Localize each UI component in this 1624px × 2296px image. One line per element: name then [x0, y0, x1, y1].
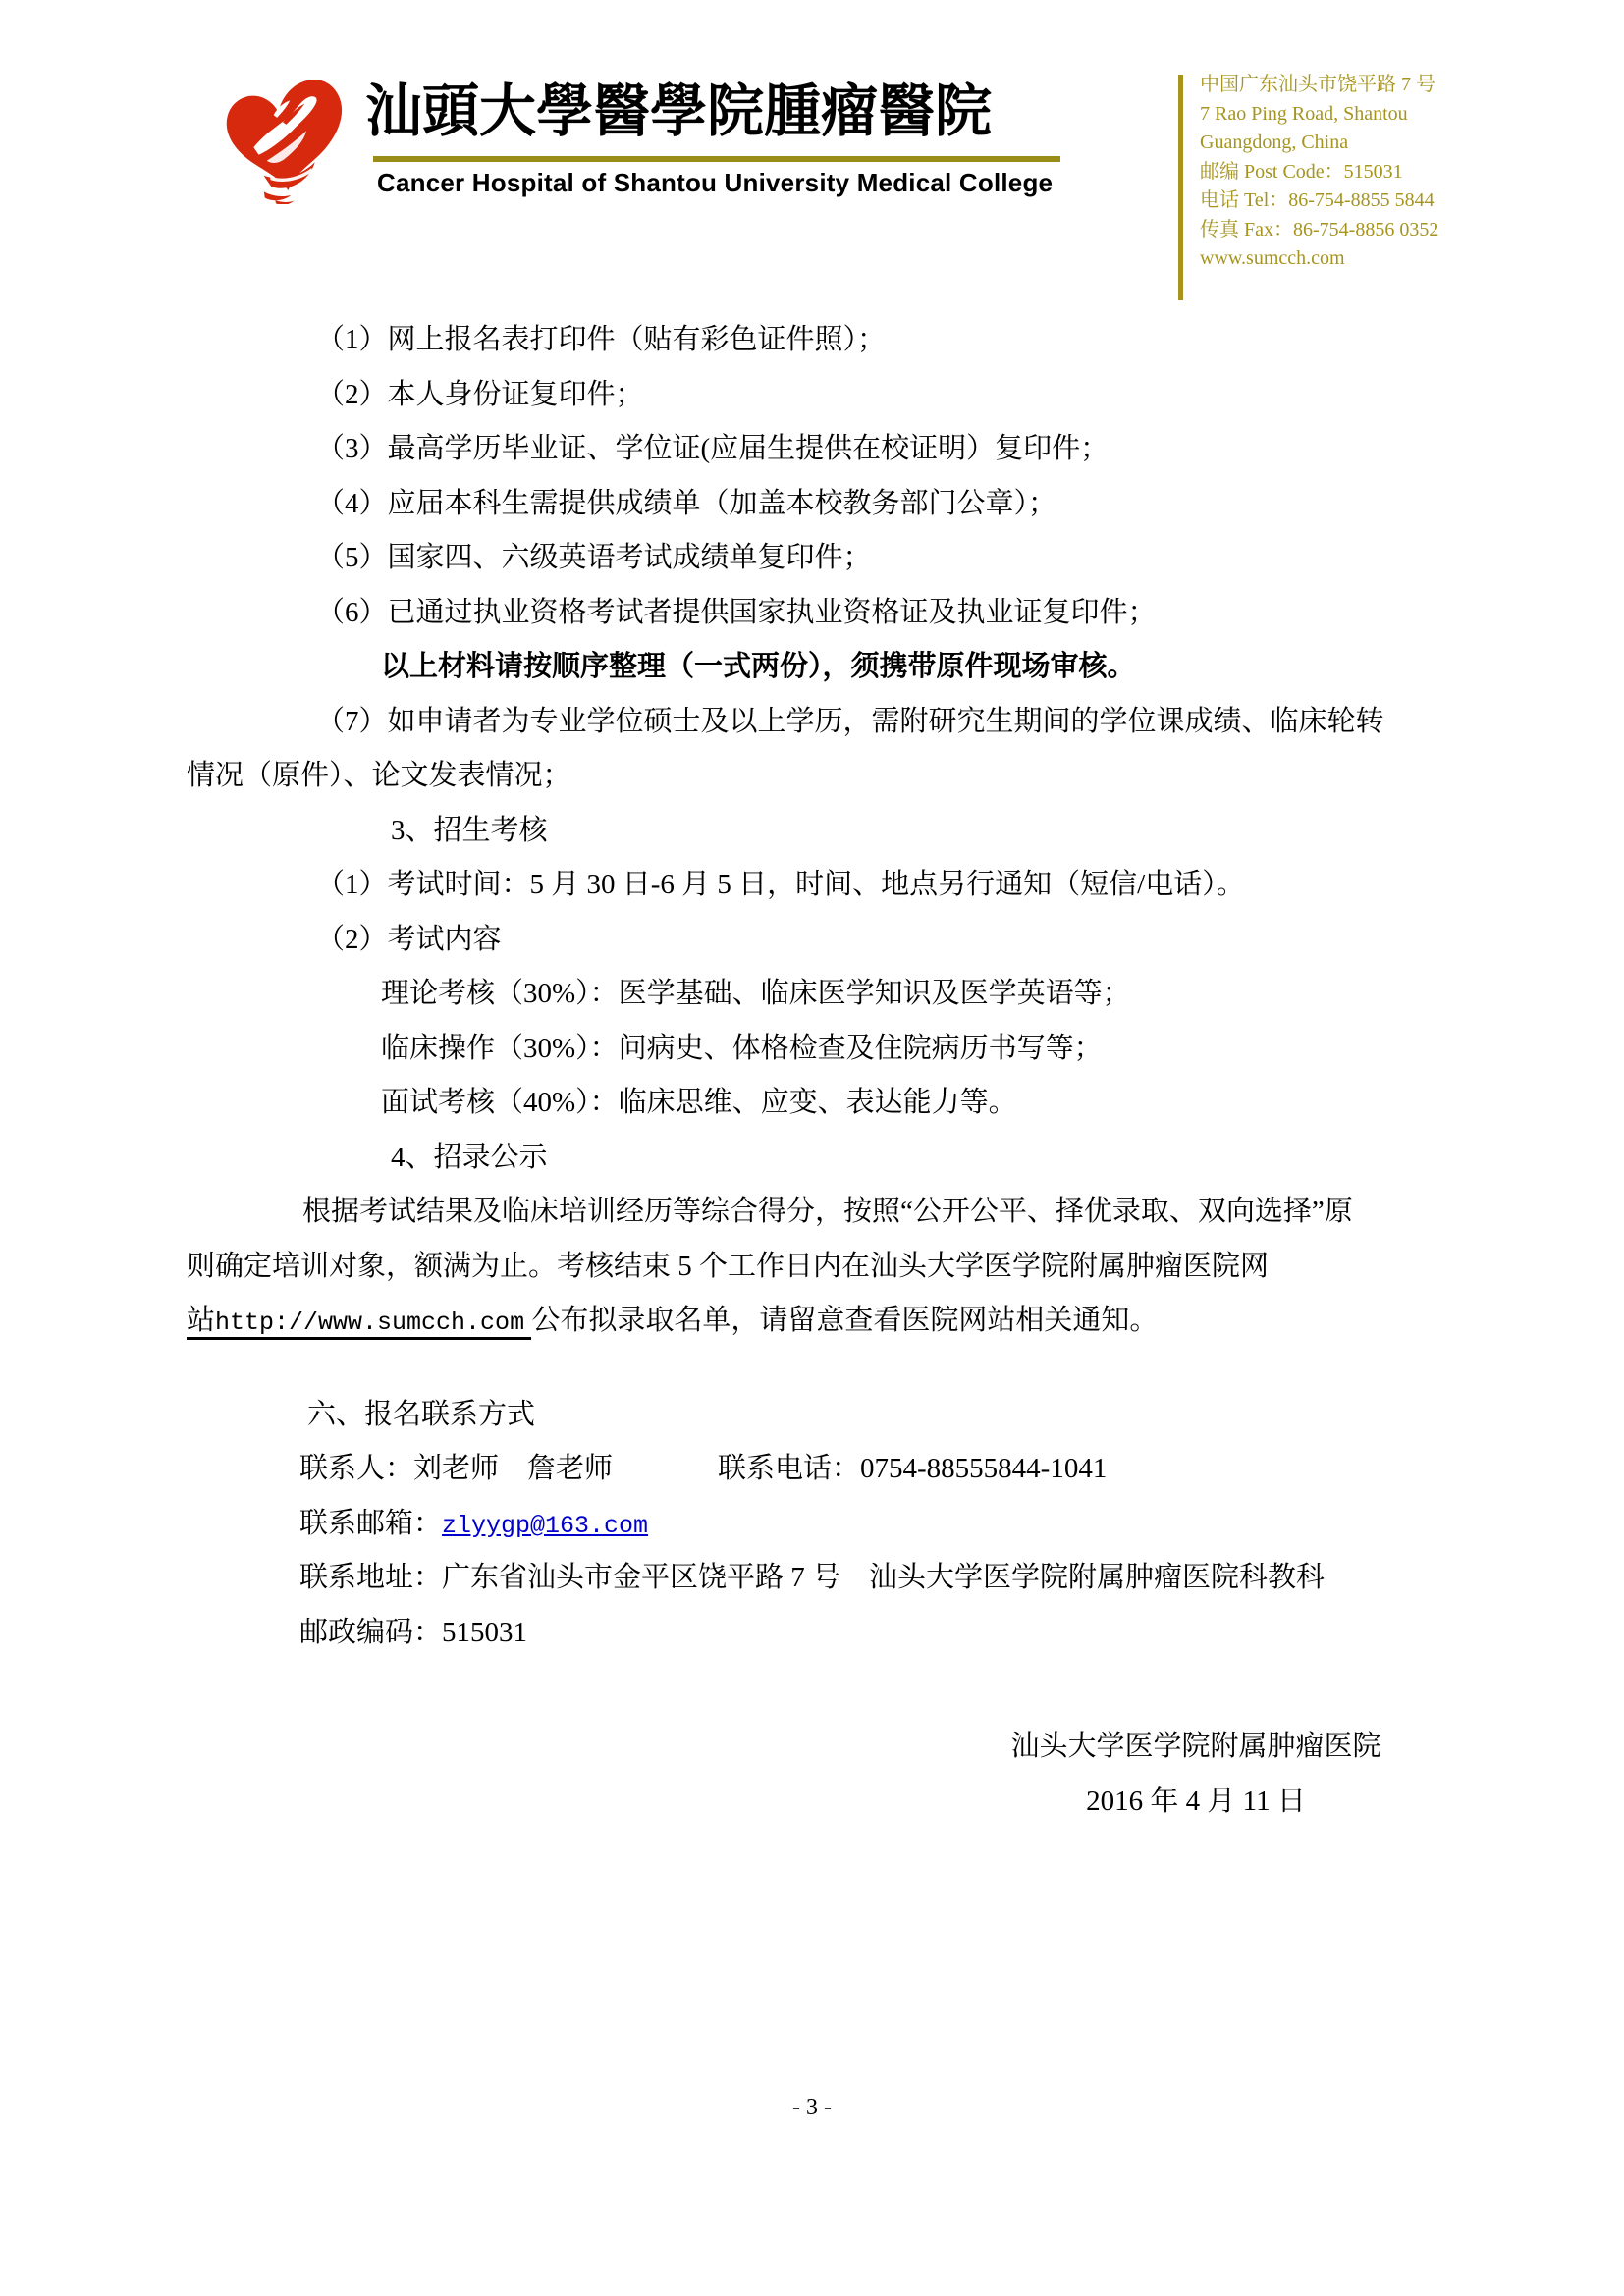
contact-person: 联系人：刘老师 詹老师: [299, 1453, 613, 1484]
section-4-heading: 4、招录公示: [187, 1131, 1512, 1186]
document-body: （1）网上报名表打印件（贴有彩色证件照）； （2）本人身份证复印件； （3）最高…: [187, 313, 1512, 1660]
contact-address-en1: 7 Rao Ping Road, Shantou: [1200, 100, 1438, 130]
website-underlined: 站http://www.sumcch.com: [187, 1305, 531, 1340]
contact-tel: 电话 Tel：86-754-8855 5844: [1200, 187, 1438, 216]
contact-website: www.sumcch.com: [1200, 244, 1438, 274]
hospital-heart-logo-icon: [218, 75, 359, 204]
contact-person-row: 联系人：刘老师 詹老师 联系电话：0754-88555844-1041: [187, 1442, 1512, 1497]
hospital-website-link[interactable]: http://www.sumcch.com: [215, 1308, 524, 1337]
header-divider: [373, 156, 1060, 162]
list-item-4: （4）应届本科生需提供成绩单（加盖本校教务部门公章）；: [187, 477, 1512, 532]
paragraph-line-2: 则确定培训对象，额满为止。考核结束 5 个工作日内在汕头大学医学院附属肿瘤医院网: [187, 1240, 1512, 1295]
hospital-calligraphy-title: 汕頭大學醫學院腫瘤醫院: [365, 80, 992, 143]
exam-content-item: （2）考试内容: [187, 913, 1512, 968]
list-item-7: （7）如申请者为专业学位硕士及以上学历，需附研究生期间的学位课成绩、临床轮转: [187, 695, 1512, 750]
page-number: - 3 -: [0, 2095, 1624, 2121]
list-item-3: （3）最高学历毕业证、学位证(应届生提供在校证明）复印件；: [187, 422, 1512, 477]
contact-address-en2: Guangdong, China: [1200, 129, 1438, 158]
contact-email-row: 联系邮箱：zlyygp@163.com: [187, 1497, 1512, 1552]
contact-phone: 联系电话：0754-88555844-1041: [718, 1442, 1107, 1497]
contact-postcode: 邮编 Post Code：515031: [1200, 158, 1438, 187]
section-3-heading: 3、招生考核: [187, 804, 1512, 859]
section-6-heading: 六、报名联系方式: [187, 1388, 1512, 1443]
paragraph-line-1: 根据考试结果及临床培训经历等综合得分，按照“公开公平、择优录取、双向选择”原: [187, 1185, 1512, 1240]
clinical-operation-line: 临床操作（30%）：问病史、体格检查及住院病历书写等；: [187, 1022, 1512, 1077]
signature-organization: 汕头大学医学院附属肿瘤医院: [1006, 1720, 1385, 1775]
signature-block: 汕头大学医学院附属肿瘤医院 2016 年 4 月 11 日: [1006, 1720, 1385, 1829]
exam-time-item: （1）考试时间：5 月 30 日-6 月 5 日，时间、地点另行通知（短信/电话…: [187, 858, 1512, 913]
contact-fax: 传真 Fax：86-754-8856 0352: [1200, 216, 1438, 245]
signature-date: 2016 年 4 月 11 日: [1006, 1775, 1385, 1830]
contact-accent-bar: [1178, 75, 1183, 300]
contact-address-row: 联系地址：广东省汕头市金平区饶平路 7 号 汕头大学医学院附属肿瘤医院科教科: [187, 1551, 1512, 1606]
paragraph-line-3: 站http://www.sumcch.com 公布拟录取名单，请留意查看医院网站…: [187, 1294, 1512, 1349]
list-item-1: （1）网上报名表打印件（贴有彩色证件照）；: [187, 313, 1512, 368]
hospital-english-title: Cancer Hospital of Shantou University Me…: [377, 168, 1053, 198]
contact-postal-row: 邮政编码：515031: [187, 1606, 1512, 1661]
contact-address-cn: 中国广东汕头市饶平路 7 号: [1200, 71, 1438, 100]
paragraph-line-3-tail: 公布拟录取名单，请留意查看医院网站相关通知。: [531, 1305, 1158, 1336]
document-page: 汕頭大學醫學院腫瘤醫院 Cancer Hospital of Shantou U…: [0, 0, 1624, 2296]
contact-email-label: 联系邮箱：: [299, 1508, 442, 1539]
list-item-7-continuation: 情况（原件）、论文发表情况；: [187, 749, 1512, 804]
theory-assessment-line: 理论考核（30%）：医学基础、临床医学知识及医学英语等；: [187, 967, 1512, 1022]
bold-note: 以上材料请按顺序整理（一式两份），须携带原件现场审核。: [187, 640, 1512, 695]
header-contact-info: 中国广东汕头市饶平路 7 号 7 Rao Ping Road, Shantou …: [1200, 71, 1438, 274]
list-item-2: （2）本人身份证复印件；: [187, 368, 1512, 423]
contact-email-link[interactable]: zlyygp@163.com: [442, 1512, 648, 1540]
interview-assessment-line: 面试考核（40%）：临床思维、应变、表达能力等。: [187, 1076, 1512, 1131]
list-item-6: （6）已通过执业资格考试者提供国家执业资格证及执业证复印件；: [187, 586, 1512, 641]
list-item-5: （5）国家四、六级英语考试成绩单复印件；: [187, 531, 1512, 586]
